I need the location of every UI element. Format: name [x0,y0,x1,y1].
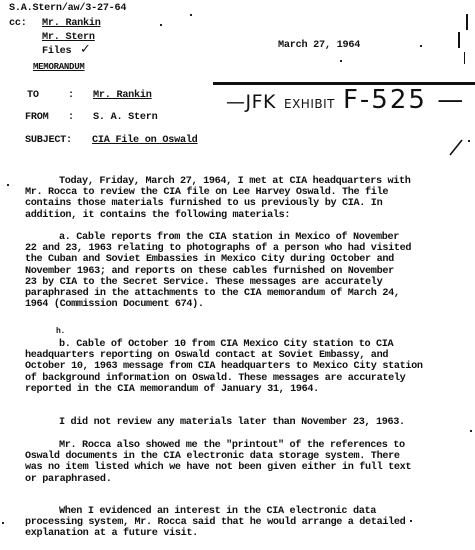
stray-mark: h. [56,326,65,338]
memorandum-page: S.A.Stern/aw/3-27-64 cc: Mr. Rankin Mr. … [0,0,475,550]
scan-speck [468,140,470,142]
paragraph-data-processing: When I evidenced an interest in the CIA … [25,506,405,540]
slash-mark-icon [448,138,464,156]
item-b: b. Cable of October 10 from CIA Mexico C… [25,339,423,395]
subject-value: CIA File on Oswald [92,135,198,147]
scan-speck [2,522,4,524]
margin-mark [464,52,465,64]
margin-mark [458,32,460,48]
cc-rankin: Mr. Rankin [42,18,101,30]
reference-line: S.A.Stern/aw/3-27-64 [9,3,126,15]
from-label: FROM [25,112,48,124]
margin-mark [466,14,468,30]
scan-speck [190,14,192,16]
scan-speck [340,60,342,62]
to-value: Mr. Rankin [93,90,152,102]
cc-files: Files [42,46,71,58]
scan-speck [7,184,9,186]
paragraph-printout: Mr. Rocca also showed me the "printout" … [25,440,411,485]
check-mark-icon: ✓ [80,42,91,57]
stamp-prefix: —JFK [226,91,276,113]
subject-label: SUBJECT: [25,135,72,147]
stamp-number: F-525 — [343,85,465,115]
to-colon: : [68,90,74,102]
scan-speck [470,430,472,432]
to-label: TO [27,90,39,102]
item-a: a. Cable reports from the CIA station in… [25,232,411,310]
memorandum-heading: MEMORANDUM [33,61,85,73]
scan-speck [420,45,422,47]
exhibit-stamp: —JFKEXHIBITF-525 — [226,85,465,115]
memo-date: March 27, 1964 [278,40,360,52]
paragraph-intro: Today, Friday, March 27, 1964, I met at … [25,176,411,221]
stamp-exhibit: EXHIBIT [284,97,335,111]
from-value: S. A. Stern [93,112,158,124]
from-colon: : [68,112,74,124]
paragraph-review-scope: I did not review any materials later tha… [25,417,405,428]
cc-label: cc: [9,18,27,30]
scan-speck [160,24,162,26]
scan-speck [410,520,412,522]
